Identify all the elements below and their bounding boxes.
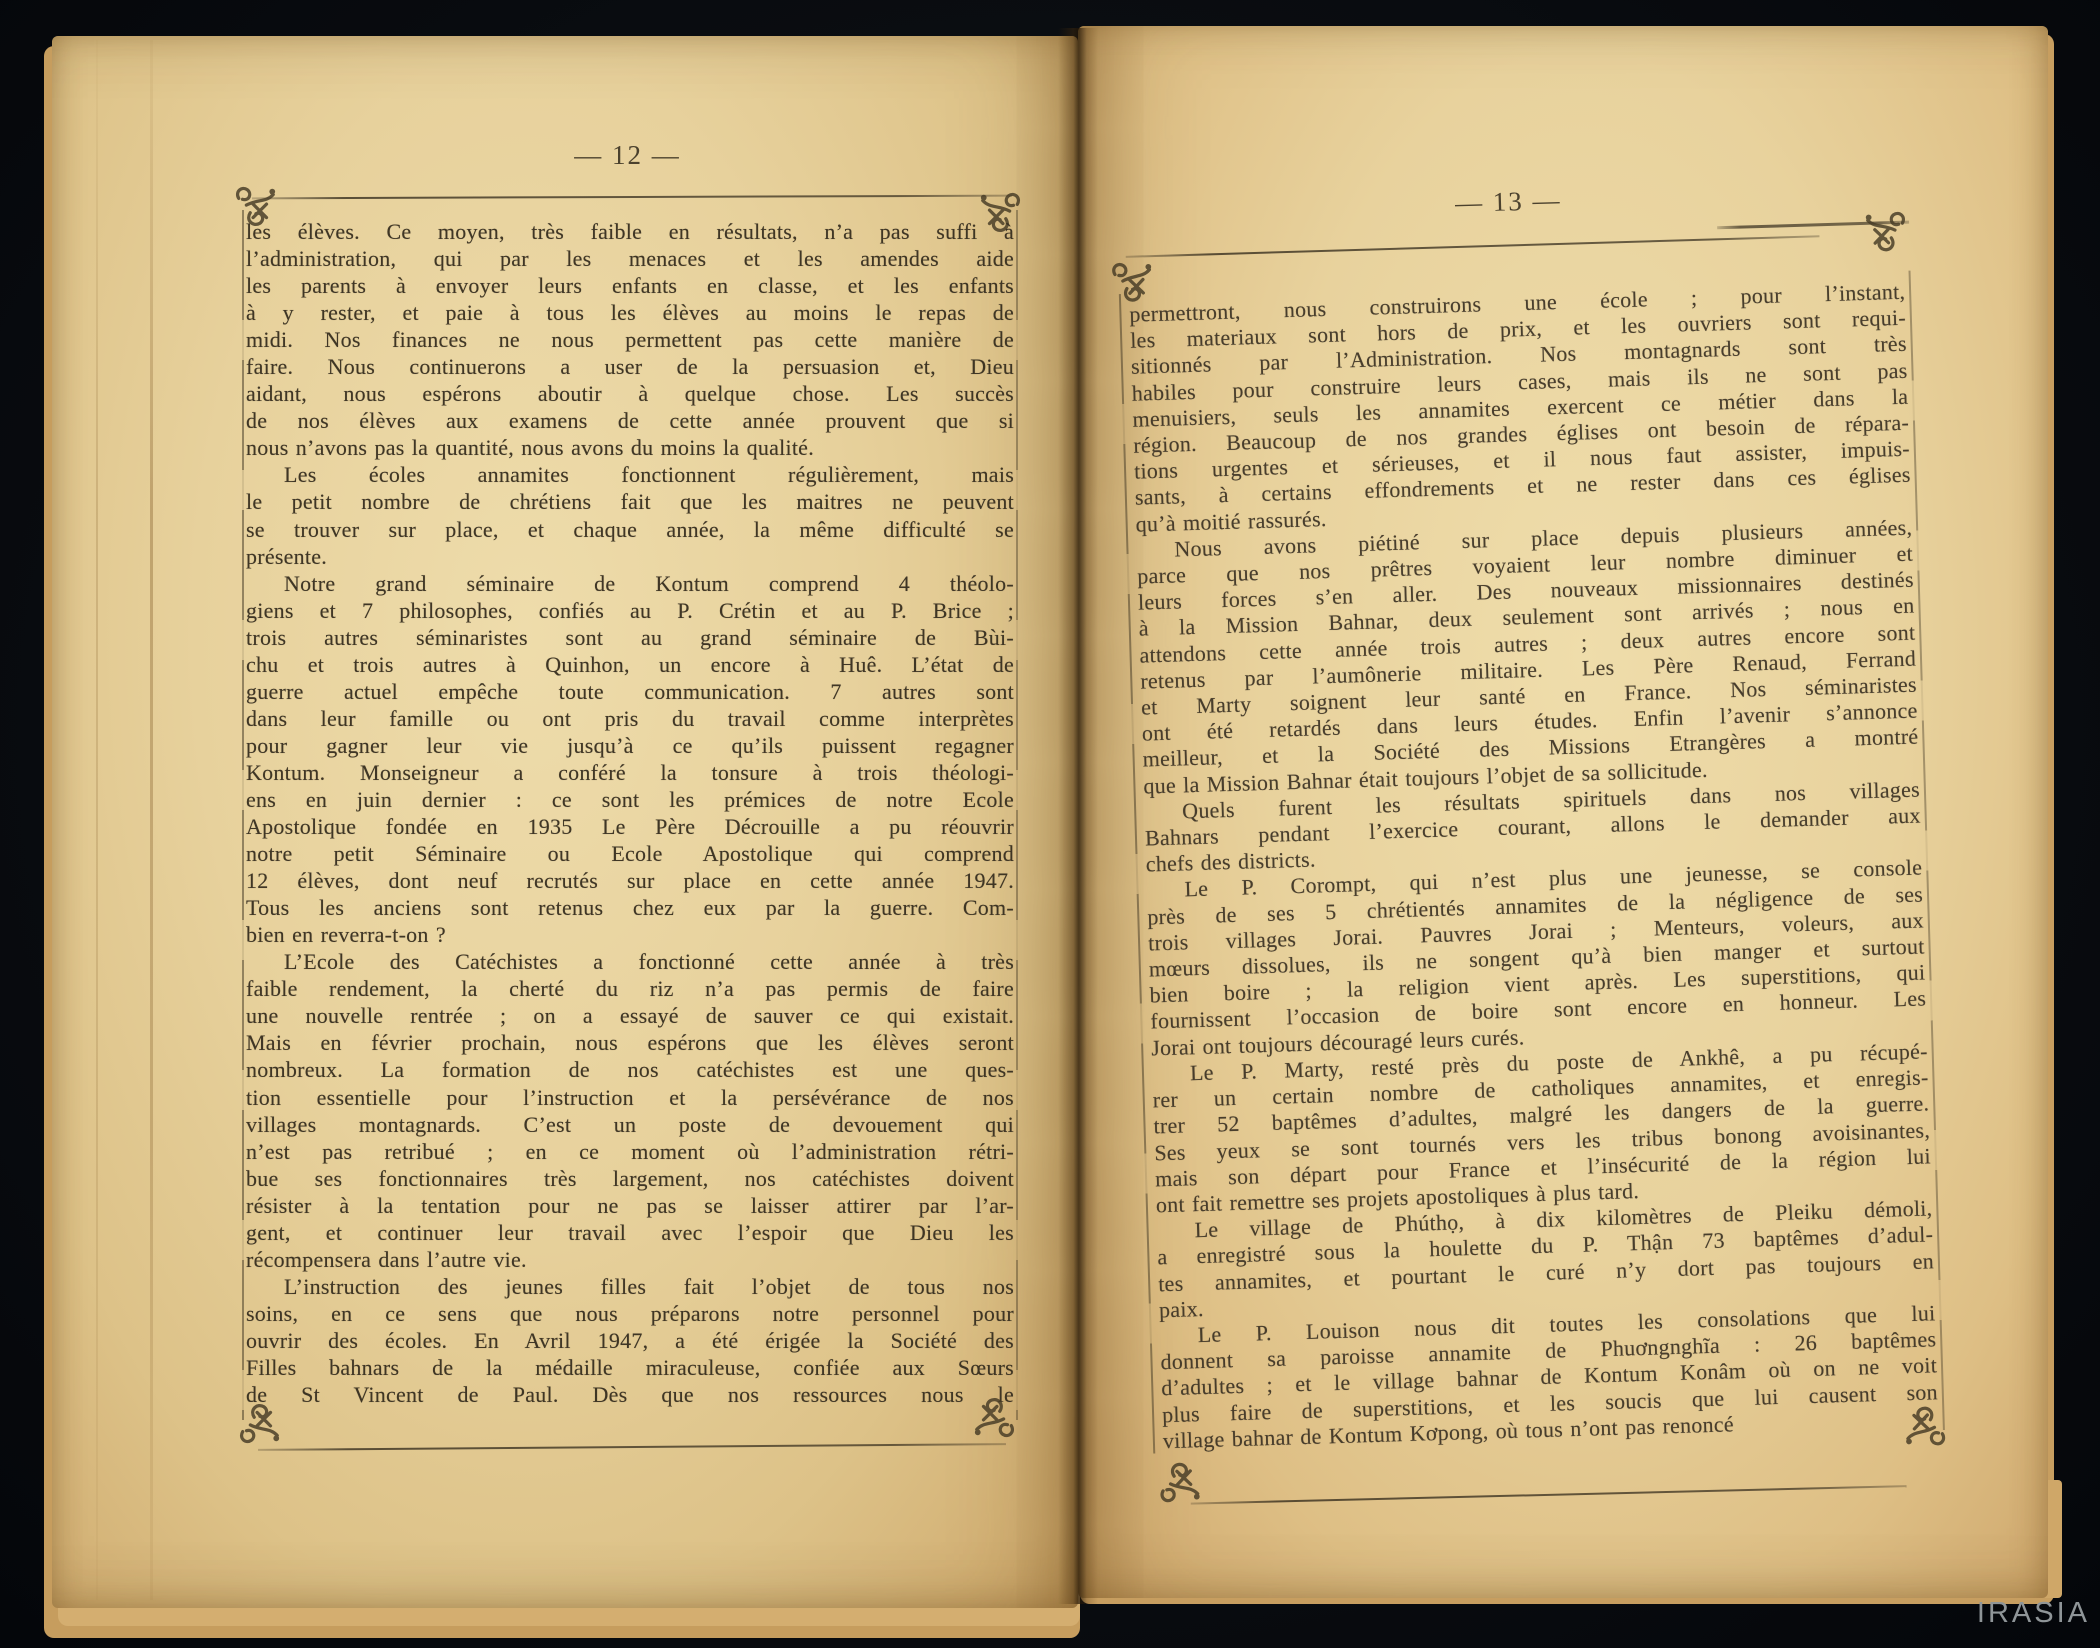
text-line: de nos élèves aux examens de cette année…	[246, 407, 1014, 434]
watermark: IRASIA	[1940, 1597, 2090, 1630]
corner-ornament-icon	[1108, 259, 1155, 306]
text-line: une nouvelle rentrée ; on a essayé de sa…	[246, 1002, 1014, 1029]
text-line: faible rendement, la cherté du riz n’a p…	[246, 975, 1014, 1002]
text-line: à y rester, et paie à tous les élèves au…	[246, 299, 1014, 326]
text-line: bien en reverra-t-on ?	[246, 921, 1014, 948]
corner-ornament-icon	[236, 1400, 282, 1446]
scanned-book-spread: — 12 — les élèves. Ce moyen, très faible…	[0, 0, 2100, 1648]
corner-ornament-icon	[1902, 1402, 1949, 1449]
text-line: Filles bahnars de la médaille miraculeus…	[246, 1354, 1014, 1381]
page-13-frame: — 13 — permettront, nous construirons un…	[1118, 175, 1950, 1558]
text-line: Kontum. Monseigneur a conféré la tonsure…	[246, 759, 1014, 786]
text-line: nombreux. La formation de nos catéchiste…	[246, 1056, 1014, 1083]
text-line: bue ses fonctionnaires très largement, n…	[246, 1165, 1014, 1192]
text-line: présente.	[246, 543, 1014, 570]
text-line: nous n’avons pas la quantité, nous avons…	[246, 434, 1014, 461]
text-line: villages montagnards. C’est un poste de …	[246, 1111, 1014, 1138]
page-number-12: — 12 —	[240, 140, 1015, 171]
text-line: midi. Nos finances ne nous permettent pa…	[246, 326, 1014, 353]
paper-fold-crease	[150, 40, 153, 1600]
text-line: soins, en ce sens que nous préparons not…	[246, 1300, 1014, 1327]
text-line: ens en juin dernier : ce sont les prémic…	[246, 786, 1014, 813]
footer-rule	[1191, 1485, 1907, 1504]
header-rule	[1126, 235, 1820, 258]
text-line: L’Ecole des Catéchistes a fonctionné cet…	[246, 948, 1014, 975]
text-line: de St Vincent de Paul. Dès que nos resso…	[246, 1381, 1014, 1408]
text-line: gent, et continuer leur travail avec l’e…	[246, 1219, 1014, 1246]
text-line: les élèves. Ce moyen, très faible en rés…	[246, 218, 1014, 245]
text-line: giens et 7 philosophes, confiés au P. Cr…	[246, 597, 1014, 624]
text-line: Tous les anciens sont retenus chez eux p…	[246, 894, 1014, 921]
paper-fold-crease	[96, 40, 98, 1600]
text-line: se trouver sur place, et chaque année, l…	[246, 516, 1014, 543]
page-12-text: les élèves. Ce moyen, très faible en rés…	[246, 218, 1014, 1408]
text-frame-border	[242, 210, 244, 1420]
text-line: ouvrir des écoles. En Avril 1947, a été …	[246, 1327, 1014, 1354]
text-line: n’est pas retribué ; en ce moment où l’a…	[246, 1138, 1014, 1165]
page-13-text: permettront, nous construirons une école…	[1129, 279, 1939, 1454]
corner-ornament-icon	[972, 1394, 1018, 1440]
text-line: Notre grand séminaire de Kontum comprend…	[246, 570, 1014, 597]
text-line: résister à la tentation pour ne pas se l…	[246, 1192, 1014, 1219]
text-line: faire. Nous continuerons a user de la pe…	[246, 353, 1014, 380]
text-line: récompensera dans l’autre vie.	[246, 1246, 1014, 1273]
text-line: aidant, nous espérons aboutir à quelque …	[246, 380, 1014, 407]
corner-ornament-icon	[1863, 209, 1910, 256]
text-line: guerre actuel empêche toute communicatio…	[246, 678, 1014, 705]
text-line: l’administration, qui par les menaces et…	[246, 245, 1014, 272]
text-line: les parents à envoyer leurs enfants en c…	[246, 272, 1014, 299]
text-line: tion essentielle pour l’instruction et l…	[246, 1084, 1014, 1111]
text-line: Apostolique fondée en 1935 Le Père Décro…	[246, 813, 1014, 840]
text-line: dans leur famille ou ont pris du travail…	[246, 705, 1014, 732]
book-gutter-shadow	[1058, 28, 1098, 1604]
text-line: 12 élèves, dont neuf recrutés sur place …	[246, 867, 1014, 894]
text-line: notre petit Séminaire ou Ecole Apostoliq…	[246, 840, 1014, 867]
text-line: Les écoles annamites fonctionnent réguli…	[246, 461, 1014, 488]
text-line: Mais en février prochain, nous espérons …	[246, 1029, 1014, 1056]
text-line: trois autres séminaristes sont au grand …	[246, 624, 1014, 651]
text-frame-border	[1016, 210, 1018, 1420]
text-line: le petit nombre de chrétiens fait que le…	[246, 488, 1014, 515]
text-line: pour gagner leur vie jusqu’à ce qu’ils p…	[246, 732, 1014, 759]
text-line: L’instruction des jeunes filles fait l’o…	[246, 1273, 1014, 1300]
text-line: chu et trois autres à Quinhon, un encore…	[246, 651, 1014, 678]
corner-ornament-icon	[1155, 1458, 1202, 1505]
